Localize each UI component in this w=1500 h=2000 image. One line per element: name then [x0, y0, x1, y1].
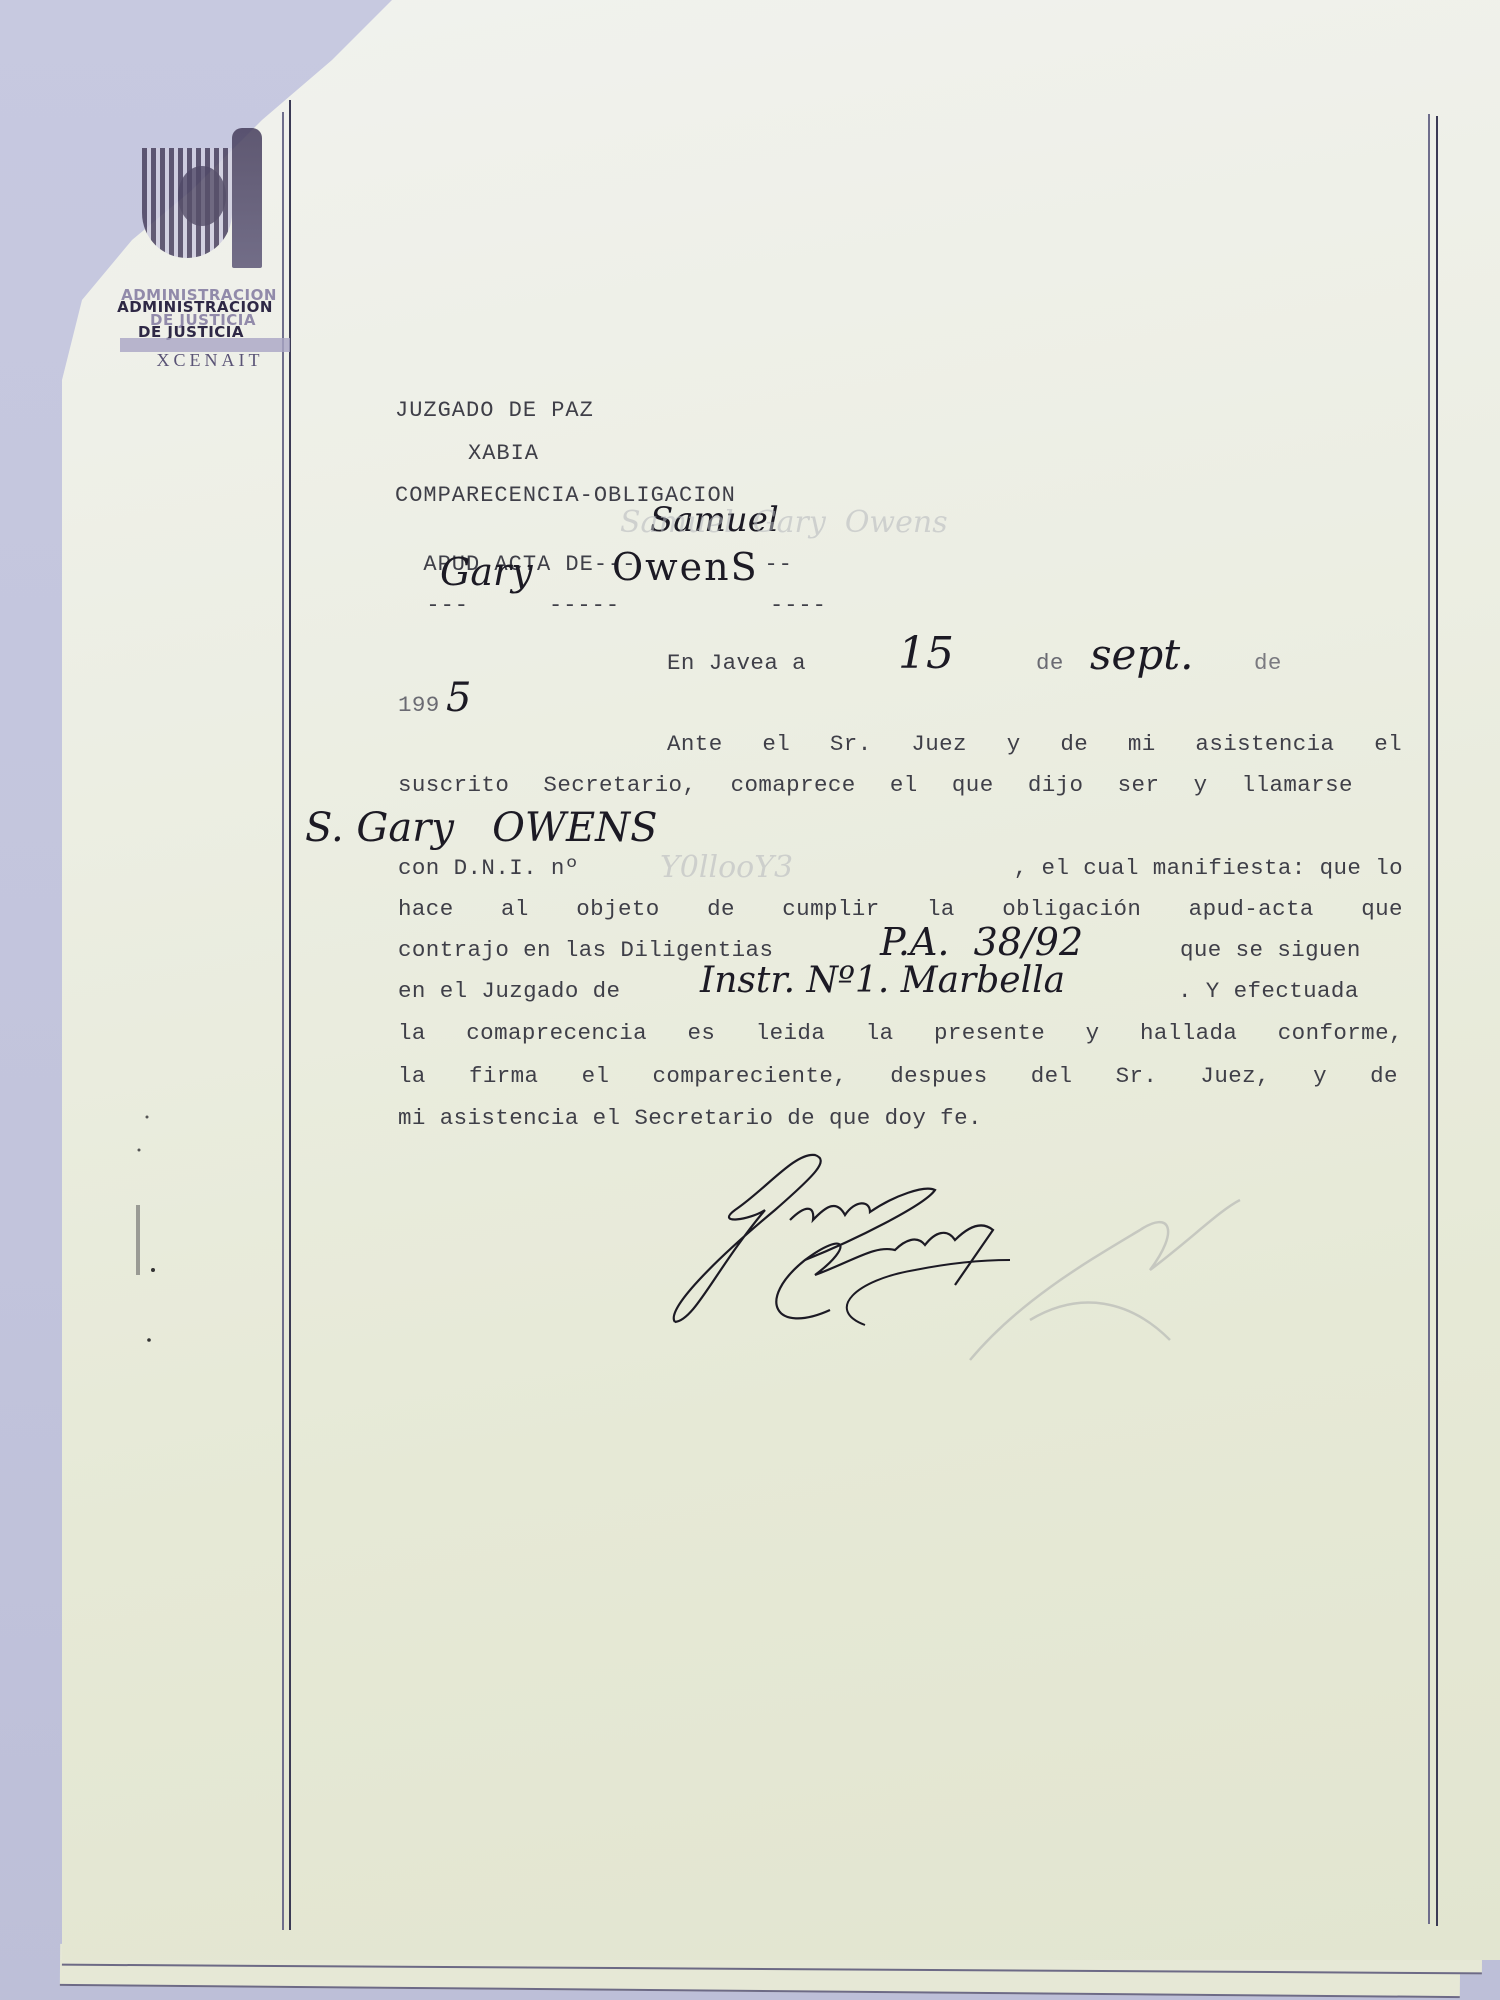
- handwritten-month: sept.: [1090, 630, 1194, 679]
- word: asistencia: [1195, 731, 1334, 757]
- word: la: [398, 1063, 426, 1089]
- word: la: [927, 896, 955, 922]
- fill-dashes: ----: [770, 593, 827, 618]
- word: el: [890, 772, 918, 798]
- word: hace: [398, 896, 454, 922]
- coat-of-arms-icon: [142, 148, 232, 258]
- bleed-through-text: Samuel Gary Owens: [620, 505, 948, 540]
- word: Secretario,: [543, 772, 696, 798]
- word: hallada: [1140, 1020, 1237, 1046]
- word: y: [1007, 731, 1021, 757]
- fill-dashes: ---: [426, 593, 469, 618]
- ink-marks: [125, 1105, 165, 1345]
- word: la: [398, 1020, 426, 1046]
- body-line: hace al objeto de cumplir la obligación …: [398, 896, 1403, 922]
- word: el: [1374, 731, 1402, 757]
- word: Sr.: [830, 731, 872, 757]
- word: del: [1031, 1063, 1073, 1089]
- word: el: [582, 1063, 610, 1089]
- word: conforme,: [1278, 1020, 1403, 1046]
- word: despues: [890, 1063, 987, 1089]
- word: Sr.: [1116, 1063, 1158, 1089]
- left-margin-rule: [282, 112, 284, 1930]
- juzgado-suffix: . Y efectuada: [1178, 978, 1359, 1004]
- word: de: [707, 896, 735, 922]
- word: y: [1086, 1020, 1100, 1046]
- date-prefix: En Javea a: [667, 650, 806, 676]
- bleed-through-dni: Y0llooY3: [660, 850, 793, 885]
- diligencias-suffix: que se siguen: [1180, 937, 1361, 963]
- body-line: la comaprecencia es leida la presente y …: [398, 1020, 1403, 1046]
- word: llamarse: [1242, 772, 1353, 798]
- word: cumplir: [782, 896, 879, 922]
- handwritten-case-number: P.A. 38/92: [880, 920, 1083, 964]
- bleed-through-signature: [930, 1170, 1260, 1380]
- word: al: [501, 896, 529, 922]
- handwritten-court: Instr. Nº1. Marbella: [700, 960, 1065, 1001]
- word: comaprecencia: [466, 1020, 647, 1046]
- word: Juez,: [1200, 1063, 1270, 1089]
- closing-line: mi asistencia el Secretario de que doy f…: [398, 1105, 982, 1131]
- word: apud-acta: [1189, 896, 1314, 922]
- handwritten-full-name: S. Gary OWENS: [305, 805, 658, 851]
- word: mi: [1128, 731, 1156, 757]
- handwritten-year-digit: 5: [446, 675, 471, 721]
- dni-label: con D.N.I. nº: [398, 855, 579, 881]
- seal-code: XCENAIT: [130, 350, 290, 371]
- body-line: la firma el compareciente, despues del S…: [398, 1063, 1398, 1089]
- word: leida: [756, 1020, 826, 1046]
- juzgado-prefix: en el Juzgado de: [398, 978, 620, 1004]
- date-de: de: [1254, 650, 1282, 676]
- court-name: JUZGADO DE PAZ: [395, 398, 594, 423]
- word: suscrito: [398, 772, 509, 798]
- crown-pillar-icon: [232, 128, 262, 268]
- word: firma: [469, 1063, 539, 1089]
- word: el: [762, 731, 790, 757]
- word: dijo: [1028, 772, 1084, 798]
- word: y: [1313, 1063, 1327, 1089]
- word: Juez: [911, 731, 967, 757]
- town-name: XABIA: [468, 441, 539, 466]
- right-margin-rule: [1428, 114, 1430, 1924]
- word: la: [866, 1020, 894, 1046]
- body-line: Ante el Sr. Juez y de mi asistencia el: [667, 731, 1402, 757]
- word: que: [1361, 896, 1403, 922]
- word: presente: [934, 1020, 1045, 1046]
- word: objeto: [576, 896, 659, 922]
- word: es: [687, 1020, 715, 1046]
- word: comaprece: [731, 772, 856, 798]
- word: de: [1060, 731, 1088, 757]
- handwritten-middle-name: Gary: [440, 550, 533, 594]
- word: Ante: [667, 731, 723, 757]
- dni-rest: , el cual manifiesta: que lo: [908, 855, 1403, 881]
- word: ser: [1118, 772, 1160, 798]
- administracion-justicia-seal: ADMINISTRACION ADMINISTRACION DE JUSTICI…: [120, 128, 270, 378]
- word: que: [952, 772, 994, 798]
- date-de: de: [1036, 650, 1064, 676]
- left-margin-rule: [289, 100, 291, 1930]
- word: de: [1370, 1063, 1398, 1089]
- body-line: suscrito Secretario, comaprece el que di…: [398, 772, 1353, 798]
- word: obligación: [1002, 896, 1141, 922]
- handwritten-surname: OwenS: [612, 545, 759, 589]
- word: y: [1194, 772, 1208, 798]
- word: compareciente,: [653, 1063, 848, 1089]
- year-typed: 199: [398, 692, 440, 718]
- fill-dashes: -----: [549, 593, 620, 618]
- right-margin-rule: [1436, 116, 1438, 1926]
- handwritten-day: 15: [898, 628, 954, 679]
